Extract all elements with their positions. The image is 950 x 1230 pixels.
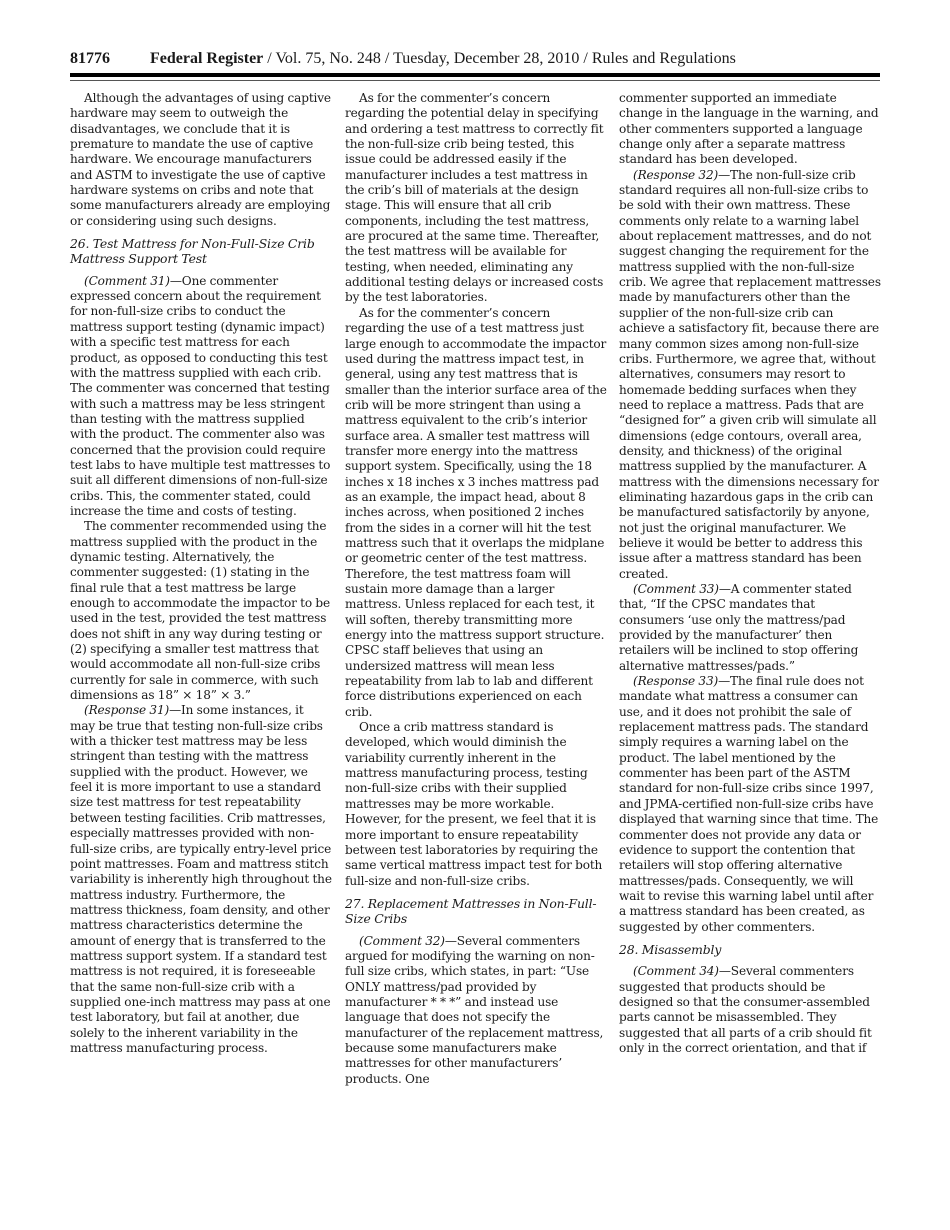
issue-details: / Vol. 75, No. 248 / Tuesday, December 2… — [263, 50, 736, 67]
comment-response-label: (Comment 31) — [84, 274, 170, 288]
paragraph: Once a crib mattress standard is develop… — [345, 720, 607, 889]
paragraph-text: Although the advantages of using captive… — [70, 91, 331, 228]
comment-response-label: (Response 32) — [633, 168, 718, 182]
column-1: Although the advantages of using captive… — [70, 91, 332, 1056]
paragraph: As for the commenter’s concern regarding… — [345, 306, 607, 720]
paragraph: The commenter recommended using the matt… — [70, 519, 332, 703]
paragraph-text: As for the commenter’s concern regarding… — [345, 91, 603, 304]
section-heading: 27. Replacement Mattresses in Non-Full-S… — [345, 896, 607, 927]
body-columns: Although the advantages of using captive… — [70, 91, 880, 1171]
paragraph-text: As for the commenter’s concern regarding… — [345, 306, 607, 719]
paragraph-text: commenter supported an immediate change … — [619, 91, 879, 166]
paragraph: (Response 32)—The non-full-size crib sta… — [619, 168, 881, 582]
page-number: 81776 — [70, 48, 150, 70]
comment-response-label: (Comment 33) — [633, 582, 719, 596]
paragraph: (Comment 31)—One commenter expressed con… — [70, 274, 332, 520]
paragraph: Although the advantages of using captive… — [70, 91, 332, 229]
paragraph: (Comment 33)—A commenter stated that, “I… — [619, 582, 881, 674]
comment-response-label: (Response 31) — [84, 703, 169, 717]
paragraph-text: Once a crib mattress standard is develop… — [345, 720, 602, 887]
paragraph-text: —Several commenters argued for modifying… — [345, 934, 603, 1086]
paragraph-text: The commenter recommended using the matt… — [70, 519, 330, 702]
paragraph-text: —The final rule does not mandate what ma… — [619, 674, 878, 934]
paragraph-text: —In some instances, it may be true that … — [70, 703, 332, 1055]
paragraph: commenter supported an immediate change … — [619, 91, 881, 168]
header-rule-thick — [70, 73, 880, 77]
paragraph: (Comment 34)—Several commenters suggeste… — [619, 964, 881, 1056]
section-heading: 26. Test Mattress for Non-Full-Size Crib… — [70, 236, 332, 267]
paragraph-text: —The non-full-size crib standard require… — [619, 168, 881, 581]
page-header: 81776Federal Register / Vol. 75, No. 248… — [70, 48, 880, 70]
section-heading: 28. Misassembly — [619, 942, 881, 957]
comment-response-label: (Response 33) — [633, 674, 718, 688]
paragraph: (Response 33)—The final rule does not ma… — [619, 674, 881, 935]
comment-response-label: (Comment 34) — [633, 964, 719, 978]
paragraph: (Response 31)—In some instances, it may … — [70, 703, 332, 1056]
column-2: As for the commenter’s concern regarding… — [345, 91, 607, 1087]
paragraph: (Comment 32)—Several commenters argued f… — [345, 934, 607, 1087]
header-rule-thin — [70, 80, 880, 81]
column-3: commenter supported an immediate change … — [619, 91, 881, 1056]
paragraph: As for the commenter’s concern regarding… — [345, 91, 607, 306]
comment-response-label: (Comment 32) — [359, 934, 445, 948]
publication-title: Federal Register — [150, 50, 263, 67]
paragraph-text: —One commenter expressed concern about t… — [70, 274, 330, 518]
